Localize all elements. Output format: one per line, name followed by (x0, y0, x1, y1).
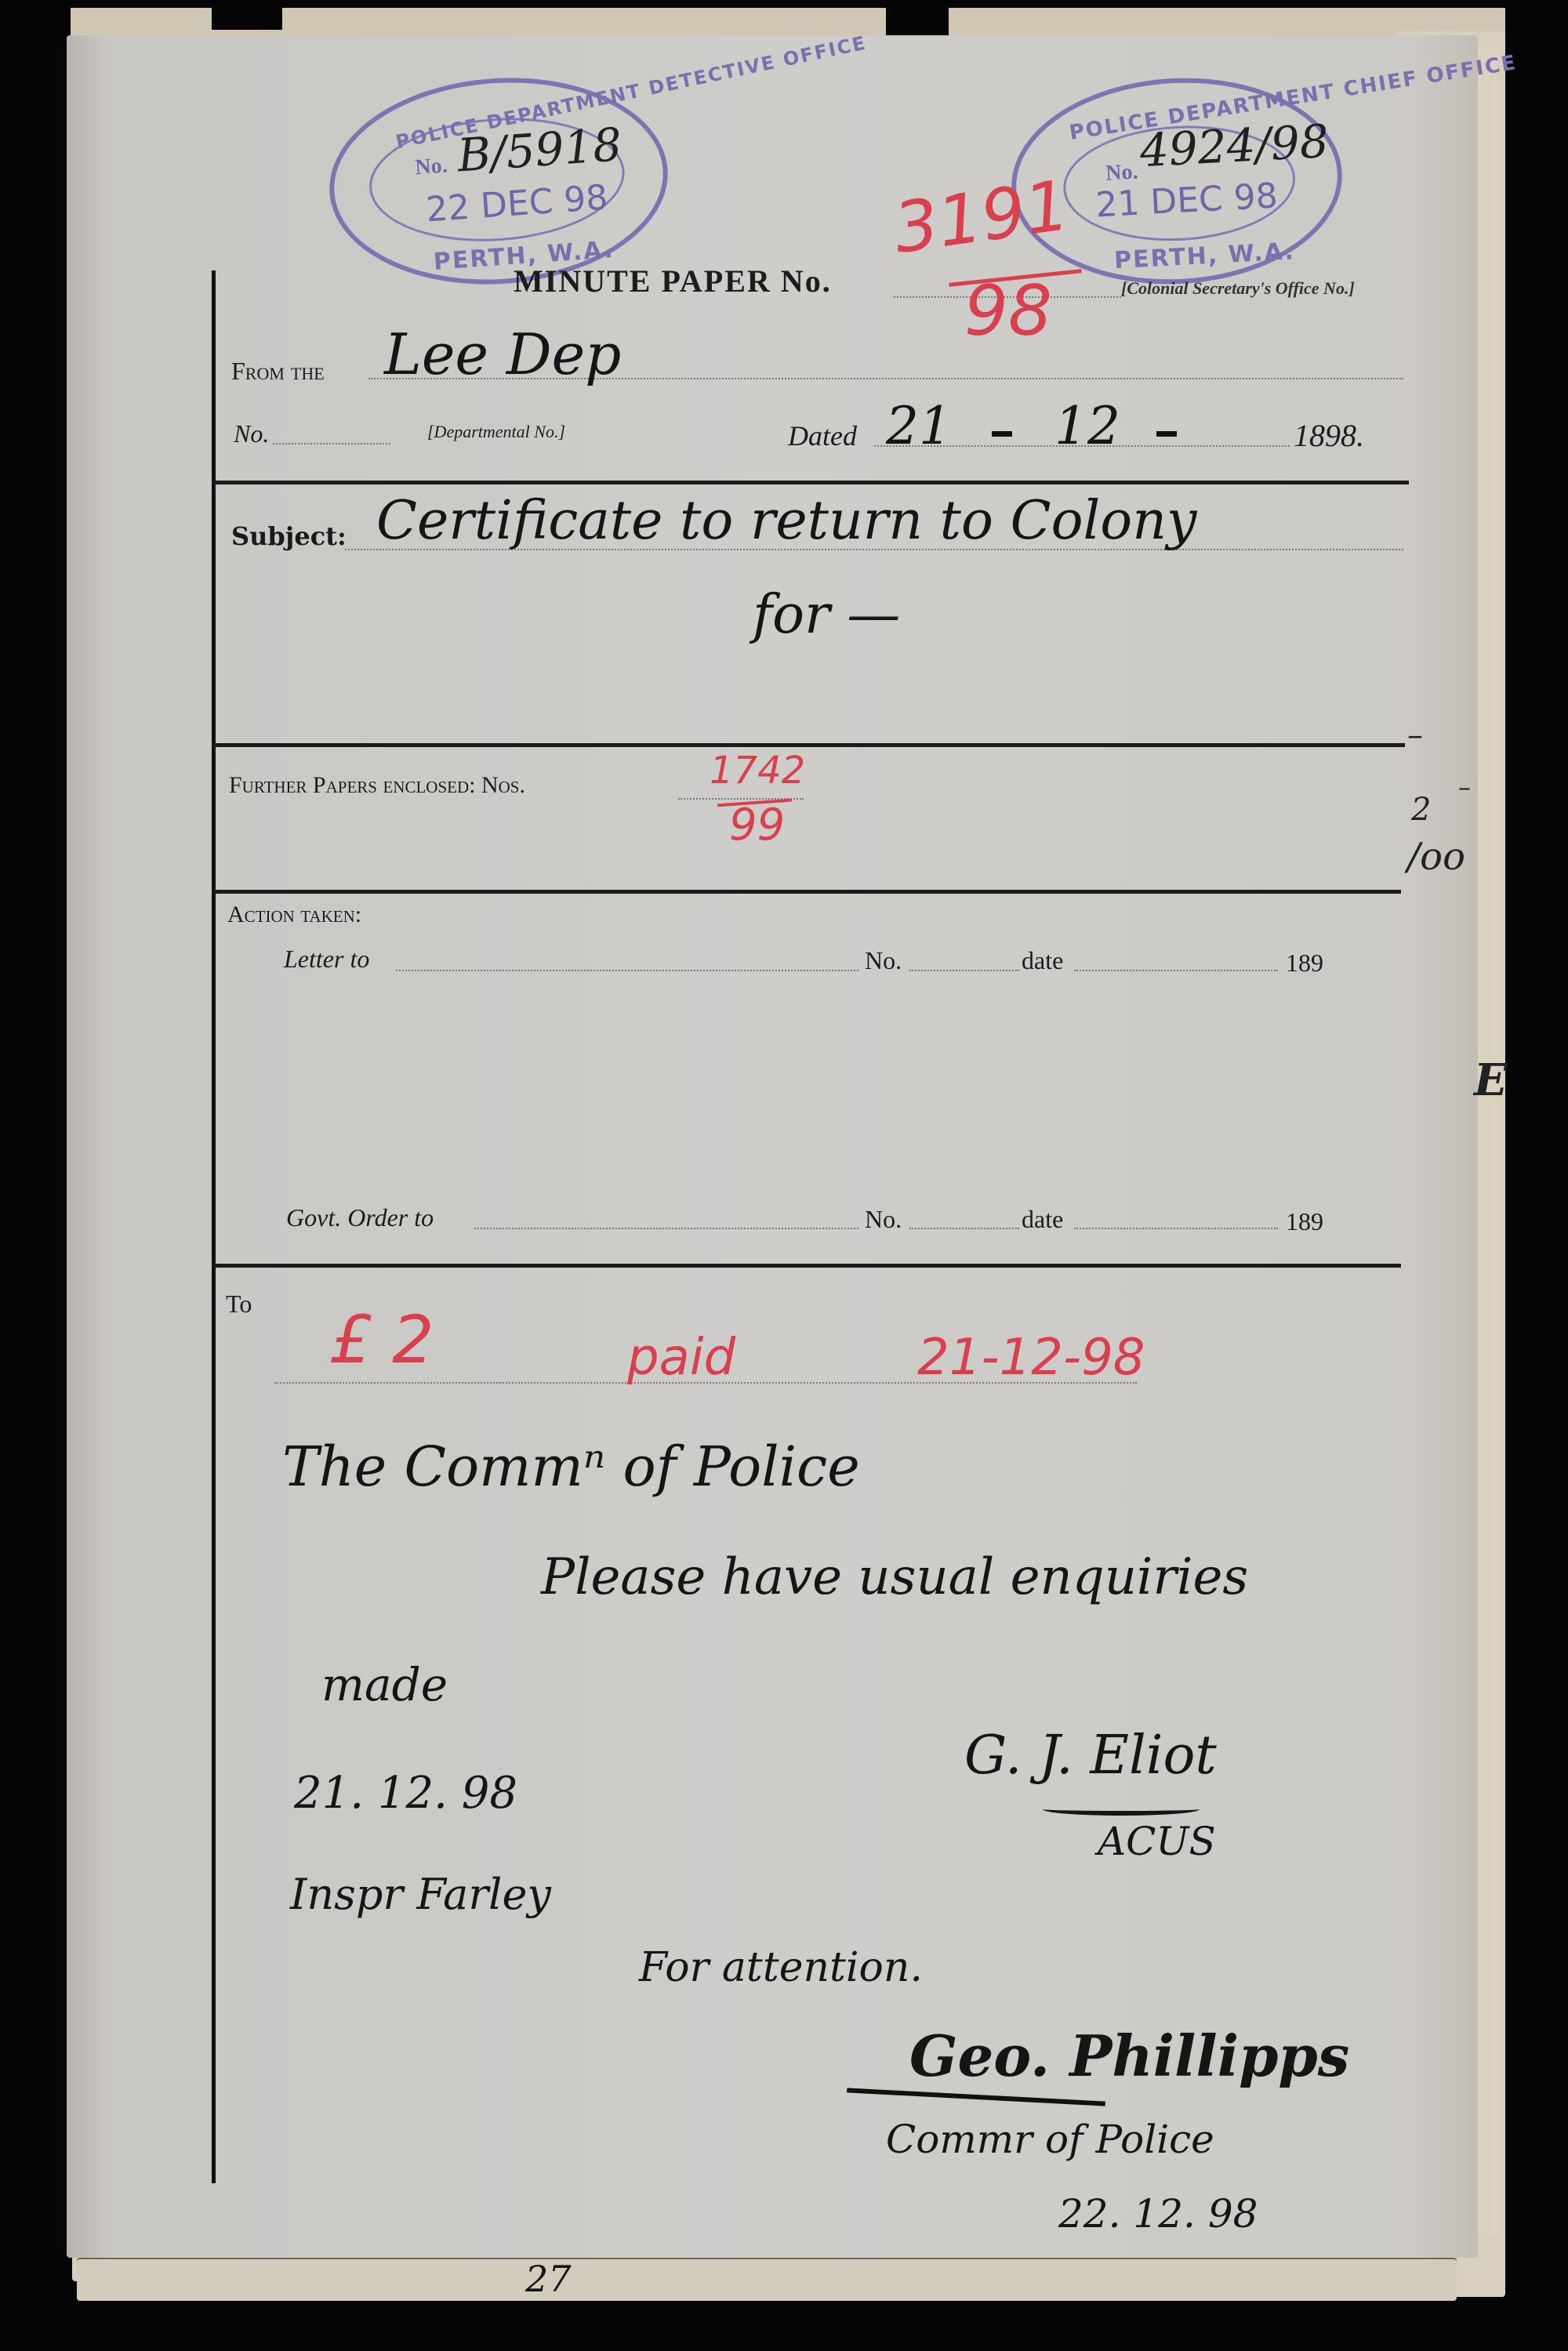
subject-line-2: for — (753, 584, 900, 646)
letter-to-label: Letter to (284, 945, 369, 974)
govt-order-no-label: No. (865, 1205, 902, 1234)
date-dash (1156, 431, 1177, 437)
referral-to: Inspr Farley (290, 1870, 551, 1919)
torn-edge (886, 8, 949, 39)
govt-order-to-field[interactable] (474, 1228, 858, 1229)
stamp-no-label: No. (1105, 160, 1139, 187)
subject-label: Subject: (231, 521, 347, 551)
section-divider (213, 481, 1409, 484)
from-label: From the (231, 357, 325, 386)
colonial-secretary-label: [Colonial Secretary's Office No.] (1121, 278, 1355, 299)
referral-note: For attention. (639, 1944, 923, 1991)
from-value: Lee Dep (384, 321, 621, 387)
torn-edge (212, 8, 282, 30)
govt-order-no-field[interactable] (909, 1228, 1019, 1229)
margin-note: – (1407, 717, 1423, 753)
signature-phillipps: Geo. Phillipps (909, 2023, 1349, 2089)
instruction: Please have usual enquiries (541, 1548, 1248, 1606)
govt-order-date-field[interactable] (1074, 1228, 1278, 1229)
payment-date: 21-12-98 (917, 1329, 1145, 1387)
back-sheet (77, 2258, 1457, 2301)
section-divider (213, 743, 1405, 747)
letter-to-field[interactable] (396, 970, 858, 971)
signature-flourish (1043, 1803, 1200, 1816)
bottom-sheet-note: 27 (525, 2258, 572, 2300)
margin-note: 2 (1411, 792, 1431, 828)
further-papers-year: 99 (729, 800, 785, 851)
section-divider (213, 1264, 1401, 1268)
dated-month: 12 (1054, 396, 1120, 456)
further-papers-label: Further Papers enclosed: Nos. (229, 772, 525, 799)
section-divider (213, 890, 1401, 894)
left-margin-rule (212, 270, 216, 2183)
payment-status: paid (627, 1329, 735, 1387)
stamp-handwritten-number: 4924/98 (1138, 114, 1330, 178)
letter-year-prefix: 189 (1286, 949, 1323, 978)
departmental-no-hint: [Departmental No.] (427, 422, 565, 442)
signature-eliot: G. J. Eliot (964, 1725, 1217, 1787)
to-label: To (226, 1290, 252, 1319)
addressee: The Commⁿ of Police (282, 1435, 860, 1499)
stamp-no-label: No. (414, 154, 448, 181)
govt-order-to-label: Govt. Order to (286, 1203, 434, 1232)
date-dash (992, 431, 1012, 437)
signature-phillipps-title: Commr of Police (886, 2117, 1214, 2162)
dated-day: 21 (886, 396, 952, 456)
dated-label: Dated (788, 419, 857, 452)
signature-eliot-title: ACUS (1098, 1819, 1216, 1864)
margin-note: – (1458, 772, 1471, 802)
minute-paper-year: 98 (964, 270, 1052, 351)
departmental-no-field[interactable] (273, 443, 390, 444)
margin-note: /oo (1407, 835, 1465, 879)
instruction-cont: made (321, 1658, 448, 1711)
page-title: MINUTE PAPER No. (514, 263, 832, 299)
letter-date-label: date (1022, 946, 1063, 975)
date-1: 21. 12. 98 (294, 1768, 517, 1819)
letter-date-field[interactable] (1074, 970, 1278, 971)
govt-order-year-prefix: 189 (1286, 1207, 1323, 1236)
payment-amount: £ 2 (329, 1301, 434, 1378)
letter-no-field[interactable] (909, 970, 1019, 971)
departmental-no-label: No. (234, 419, 269, 448)
further-papers-number: 1742 (710, 749, 805, 793)
margin-note: E (1474, 1054, 1508, 1106)
date-2: 22. 12. 98 (1058, 2191, 1258, 2237)
letter-no-label: No. (865, 946, 902, 975)
govt-order-date-label: date (1022, 1205, 1063, 1234)
action-taken-label: Action taken: (227, 902, 361, 928)
dated-year: 1898. (1294, 417, 1364, 454)
subject-line-1: Certificate to return to Colony (376, 490, 1196, 552)
